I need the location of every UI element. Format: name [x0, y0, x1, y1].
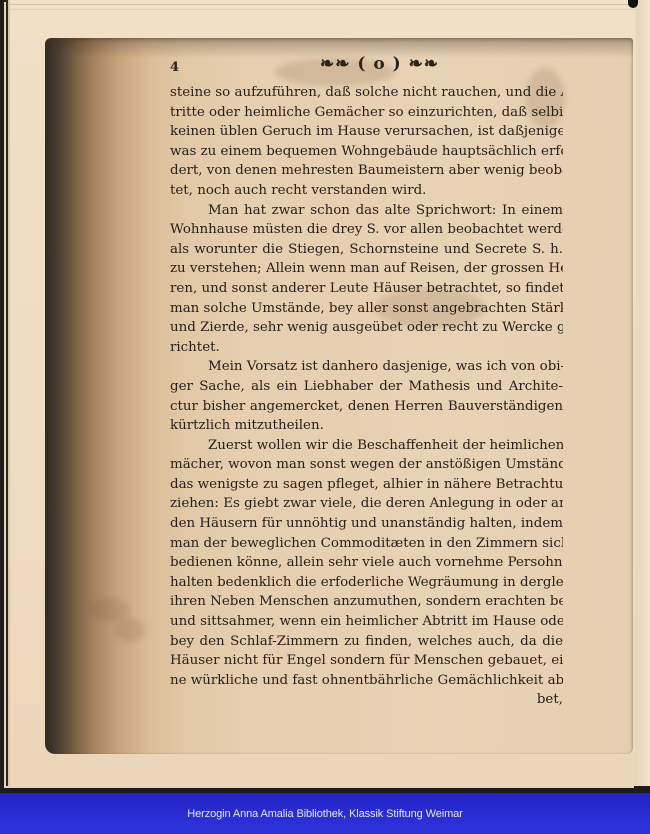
text-line: keinen üblen Geruch im Hause verursachen…	[170, 122, 563, 142]
attribution-text: Herzogin Anna Amalia Bibliothek, Klassik…	[187, 808, 462, 820]
text-line: und sittsahmer, wenn ein heimlicher Abtr…	[170, 612, 563, 632]
page-number: 4	[170, 60, 179, 75]
body-text: steine so aufzuführen, daß solche nicht …	[170, 83, 563, 710]
text-line: tritte oder heimliche Gemächer so einzur…	[170, 103, 563, 123]
text-line: richtet.	[170, 338, 563, 358]
text-line: steine so aufzuführen, daß solche nicht …	[170, 83, 563, 103]
text-line: Mein Vorsatz ist danhero dasjenige, was …	[170, 357, 563, 377]
text-line: kürtzlich mitzutheilen.	[170, 416, 563, 436]
text-line: als worunter die Stiegen, Schornsteine u…	[170, 240, 563, 260]
text-line: und Zierde, sehr wenig ausgeübet oder re…	[170, 318, 563, 338]
text-line: zu verstehen; Allein wenn man auf Reisen…	[170, 259, 563, 279]
text-line: tet, noch auch recht verstanden wird.	[170, 181, 563, 201]
text-line: ziehen: Es giebt zwar viele, die deren A…	[170, 494, 563, 514]
text-line: mächer, wovon man sonst wegen der anstöß…	[170, 455, 563, 475]
scanned-page: 4 ❧❧ ( o ) ❧❧ steine so aufzuführen, daß…	[45, 38, 633, 754]
text-line: Häuser nicht für Engel sondern für Mensc…	[170, 651, 563, 671]
attribution-footer: Herzogin Anna Amalia Bibliothek, Klassik…	[0, 793, 650, 834]
stain	[115, 618, 145, 642]
text-line: ne würkliche und fast ohnentbährliche Ge…	[170, 671, 563, 691]
text-line: Man hat zwar schon das alte Sprichwort: …	[170, 201, 563, 221]
text-line: ger Sache, als ein Liebhaber der Mathesi…	[170, 377, 563, 397]
text-line: ihren Neben Menschen anzumuthen, sondern…	[170, 592, 563, 612]
text-line: bet,	[170, 690, 563, 710]
text-line: ren, und sonst anderer Leute Häuser betr…	[170, 279, 563, 299]
text-line: man solche Umstände, bey aller sonst ang…	[170, 299, 563, 319]
text-line: dert, von denen mehresten Baumeistern ab…	[170, 161, 563, 181]
text-line: ctur bisher angemercket, denen Herren Ba…	[170, 397, 563, 417]
text-line: Wohnhause müsten die drey S. vor allen b…	[170, 220, 563, 240]
text-line: halten bedenklich die erfoderliche Wegrä…	[170, 573, 563, 593]
text-line: was zu einem bequemen Wohngebäude haupts…	[170, 142, 563, 162]
header-ornament: ❧❧ ( o ) ❧❧	[320, 54, 439, 74]
text-line: Zuerst wollen wir die Beschaffenheit der…	[170, 436, 563, 456]
text-line: man der beweglichen Commoditæten in den …	[170, 534, 563, 554]
adjacent-page-edge	[636, 0, 650, 786]
text-line: den Häusern für unnöhtig und unanständig…	[170, 514, 563, 534]
text-line: bedienen könne, allein sehr viele auch v…	[170, 553, 563, 573]
text-line: das wenigste zu sagen pfleget, alhier in…	[170, 475, 563, 495]
scan-viewer: 4 ❧❧ ( o ) ❧❧ steine so aufzuführen, daß…	[0, 0, 650, 793]
text-line: bey den Schlaf-Zimmern zu finden, welche…	[170, 632, 563, 652]
